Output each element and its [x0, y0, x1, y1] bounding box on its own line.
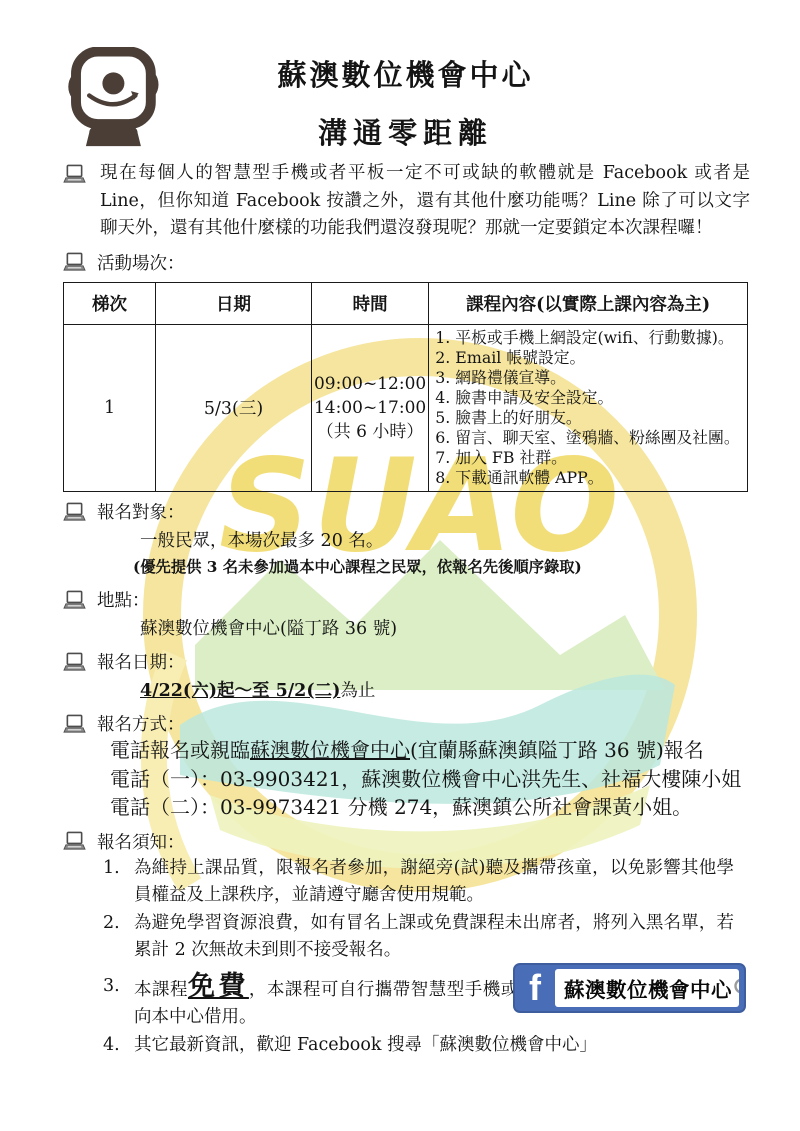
- time-total: （共 6 小時）: [314, 420, 426, 444]
- computer-icon: [63, 590, 86, 610]
- note-item-1: 1. 為維持上課品質，限報名者參加，謝絕旁(試)聽及攜帶孩童，以免影響其他學員權…: [103, 855, 748, 909]
- audience-line: 一般民眾，本場次最多 20 名。: [140, 528, 748, 554]
- reg-date-line: 4/22(六)起～至 5/2(二)為止: [140, 678, 748, 704]
- note-number: 4.: [103, 1032, 134, 1059]
- header-batch: 梯次: [64, 282, 156, 324]
- table-header-row: 梯次 日期 時間 課程內容(以實際上課內容為主): [64, 282, 748, 324]
- note-number: 1.: [103, 855, 134, 909]
- header-date: 日期: [156, 282, 312, 324]
- header: 蘇澳數位機會中心 溝通零距離: [63, 45, 748, 157]
- note-item-4: 4. 其它最新資訊，歡迎 Facebook 搜尋「蘇澳數位機會中心」: [103, 1032, 748, 1059]
- notes-section-label: 報名須知：: [63, 829, 748, 854]
- facebook-search-badge: f 蘇澳數位機會中心: [513, 963, 746, 1013]
- sessions-table: 梯次 日期 時間 課程內容(以實際上課內容為主) 1 5/3(三) 09:00~…: [63, 282, 748, 493]
- magnifier-icon: [732, 976, 739, 1000]
- reg-method-section-label: 報名方式：: [63, 711, 748, 736]
- reg-method-line1: 電話報名或親臨蘇澳數位機會中心(宜蘭縣蘇澳鎮隘丁路 36 號)報名: [110, 736, 748, 765]
- header-time: 時間: [311, 282, 428, 324]
- reg-date-suffix: 為止: [340, 681, 375, 701]
- cell-batch: 1: [64, 324, 156, 492]
- computer-icon: [63, 652, 86, 672]
- reg-method-line1-post: (宜蘭縣蘇澳鎮隘丁路 36 號)報名: [410, 738, 704, 762]
- table-row: 1 5/3(三) 09:00~12:00 14:00~17:00 （共 6 小時…: [64, 324, 748, 492]
- course-item: 2. Email 帳號設定。: [435, 348, 745, 368]
- notes-label: 報名須知：: [97, 829, 185, 854]
- reg-date-range: 4/22(六)起～至 5/2(二): [140, 681, 340, 701]
- course-item: 1. 平板或手機上網設定(wifi、行動數據)。: [435, 328, 745, 348]
- facebook-f-icon: f: [515, 969, 555, 1007]
- free-highlight: 免費: [188, 971, 249, 1002]
- cell-time: 09:00~12:00 14:00~17:00 （共 6 小時）: [311, 324, 428, 492]
- computer-icon: [63, 164, 86, 184]
- cell-course-content: 1. 平板或手機上網設定(wifi、行動數據)。 2. Email 帳號設定。 …: [429, 324, 748, 492]
- reg-method-line1-pre: 電話報名或親臨: [110, 738, 250, 762]
- time-morning: 09:00~12:00: [314, 372, 426, 396]
- cell-date: 5/3(三): [156, 324, 312, 492]
- note-number: 2.: [103, 910, 134, 964]
- computer-icon: [63, 831, 86, 851]
- note3-pre: 本課程: [134, 980, 188, 1000]
- facebook-search-text: 蘇澳數位機會中心: [555, 973, 732, 1003]
- flyer-page: SUAO 蘇澳數位機會中心 溝通零距離: [0, 0, 800, 1131]
- reg-method-label: 報名方式：: [97, 711, 185, 736]
- sessions-label: 活動場次：: [97, 250, 185, 275]
- audience-label: 報名對象：: [97, 499, 185, 524]
- note-text: 為避免學習資源浪費，如有冒名上課或免費課程未出席者，將列入黑名單，若累計 2 次…: [134, 910, 734, 964]
- facebook-search-field: 蘇澳數位機會中心: [555, 969, 739, 1007]
- note-text: 其它最新資訊，歡迎 Facebook 搜尋「蘇澳數位機會中心」: [134, 1032, 734, 1059]
- course-item: 3. 網路禮儀宣導。: [435, 368, 745, 388]
- reg-date-label: 報名日期：: [97, 649, 185, 674]
- header-content: 課程內容(以實際上課內容為主): [429, 282, 748, 324]
- note-number: 3.: [103, 973, 134, 1031]
- reg-method-phone2: 電話（二）：03-9973421 分機 274，蘇澳鎮公所社會課黃小姐。: [110, 793, 748, 822]
- reg-date-section-label: 報名日期：: [63, 649, 748, 674]
- course-item: 5. 臉書上的好朋友。: [435, 408, 745, 428]
- note-text: 為維持上課品質，限報名者參加，謝絕旁(試)聽及攜帶孩童，以免影響其他學員權益及上…: [134, 855, 734, 909]
- reg-method-center-name: 蘇澳數位機會中心: [250, 738, 410, 762]
- audience-priority-note: (優先提供 3 名未參加過本中心課程之民眾，依報名先後順序錄取): [133, 554, 748, 580]
- webcam-smiley-icon: [65, 47, 175, 155]
- computer-icon: [63, 502, 86, 522]
- sessions-section-label: 活動場次：: [63, 250, 748, 275]
- note-item-2: 2. 為避免學習資源浪費，如有冒名上課或免費課程未出席者，將列入黑名單，若累計 …: [103, 910, 748, 964]
- intro-paragraph: 現在每個人的智慧型手機或者平板一定不可或缺的軟體就是 Facebook 或者是 …: [100, 160, 750, 243]
- audience-section-label: 報名對象：: [63, 499, 748, 524]
- course-item: 6. 留言、聊天室、塗鴉牆、粉絲團及社團。: [435, 428, 745, 448]
- location-label: 地點：: [97, 587, 150, 612]
- computer-icon: [63, 252, 86, 272]
- course-item: 8. 下載通訊軟體 APP。: [435, 468, 745, 488]
- reg-method-phone1: 電話（一）：03-9903421，蘇澳數位機會中心洪先生、社福大樓陳小姐: [110, 765, 748, 794]
- location-section-label: 地點：: [63, 587, 748, 612]
- computer-icon: [63, 714, 86, 734]
- course-item: 4. 臉書申請及安全設定。: [435, 388, 745, 408]
- time-afternoon: 14:00~17:00: [314, 396, 426, 420]
- course-item: 7. 加入 FB 社群。: [435, 448, 745, 468]
- location-line: 蘇澳數位機會中心(隘丁路 36 號): [140, 616, 748, 642]
